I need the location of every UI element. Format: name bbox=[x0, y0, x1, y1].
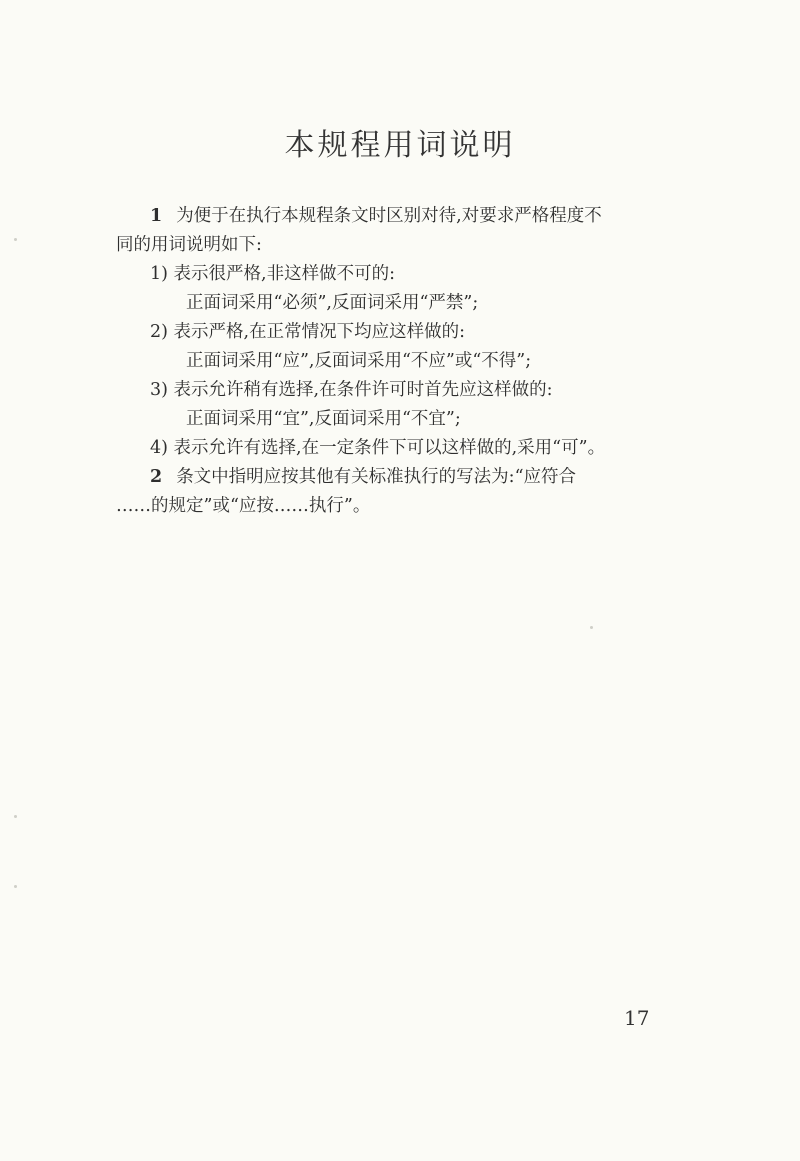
list-item-detail: 正面词采用“应”,反面词采用“不应”或“不得”; bbox=[116, 347, 676, 376]
clause-1-line-1: 1为便于在执行本规程条文时区别对待,对要求严格程度不 bbox=[116, 202, 676, 231]
scan-speck bbox=[14, 238, 17, 241]
list-item: 3) 表示允许稍有选择,在条件许可时首先应这样做的: bbox=[116, 376, 676, 405]
list-item-detail: 正面词采用“宜”,反面词采用“不宜”; bbox=[116, 405, 676, 434]
scan-speck bbox=[14, 815, 17, 818]
clause-2-line-2: ……的规定”或“应按……执行”。 bbox=[116, 492, 676, 521]
list-item: 2) 表示严格,在正常情况下均应这样做的: bbox=[116, 318, 676, 347]
list-item: 1) 表示很严格,非这样做不可的: bbox=[116, 260, 676, 289]
list-item-detail: 正面词采用“必须”,反面词采用“严禁”; bbox=[116, 289, 676, 318]
clause-1-line-2: 同的用词说明如下: bbox=[116, 231, 676, 260]
scan-speck bbox=[14, 885, 17, 888]
page-number: 17 bbox=[624, 1006, 649, 1030]
clause-number: 2 bbox=[150, 467, 162, 487]
clause-number: 1 bbox=[150, 206, 162, 226]
clause-1: 1为便于在执行本规程条文时区别对待,对要求严格程度不 同的用词说明如下: 1) … bbox=[116, 202, 676, 521]
scan-speck bbox=[590, 626, 593, 629]
list-item: 4) 表示允许有选择,在一定条件下可以这样做的,采用“可”。 bbox=[116, 434, 676, 463]
clause-2-line-1: 2条文中指明应按其他有关标准执行的写法为:“应符合 bbox=[116, 463, 676, 492]
page-title: 本规程用词说明 bbox=[0, 120, 800, 164]
